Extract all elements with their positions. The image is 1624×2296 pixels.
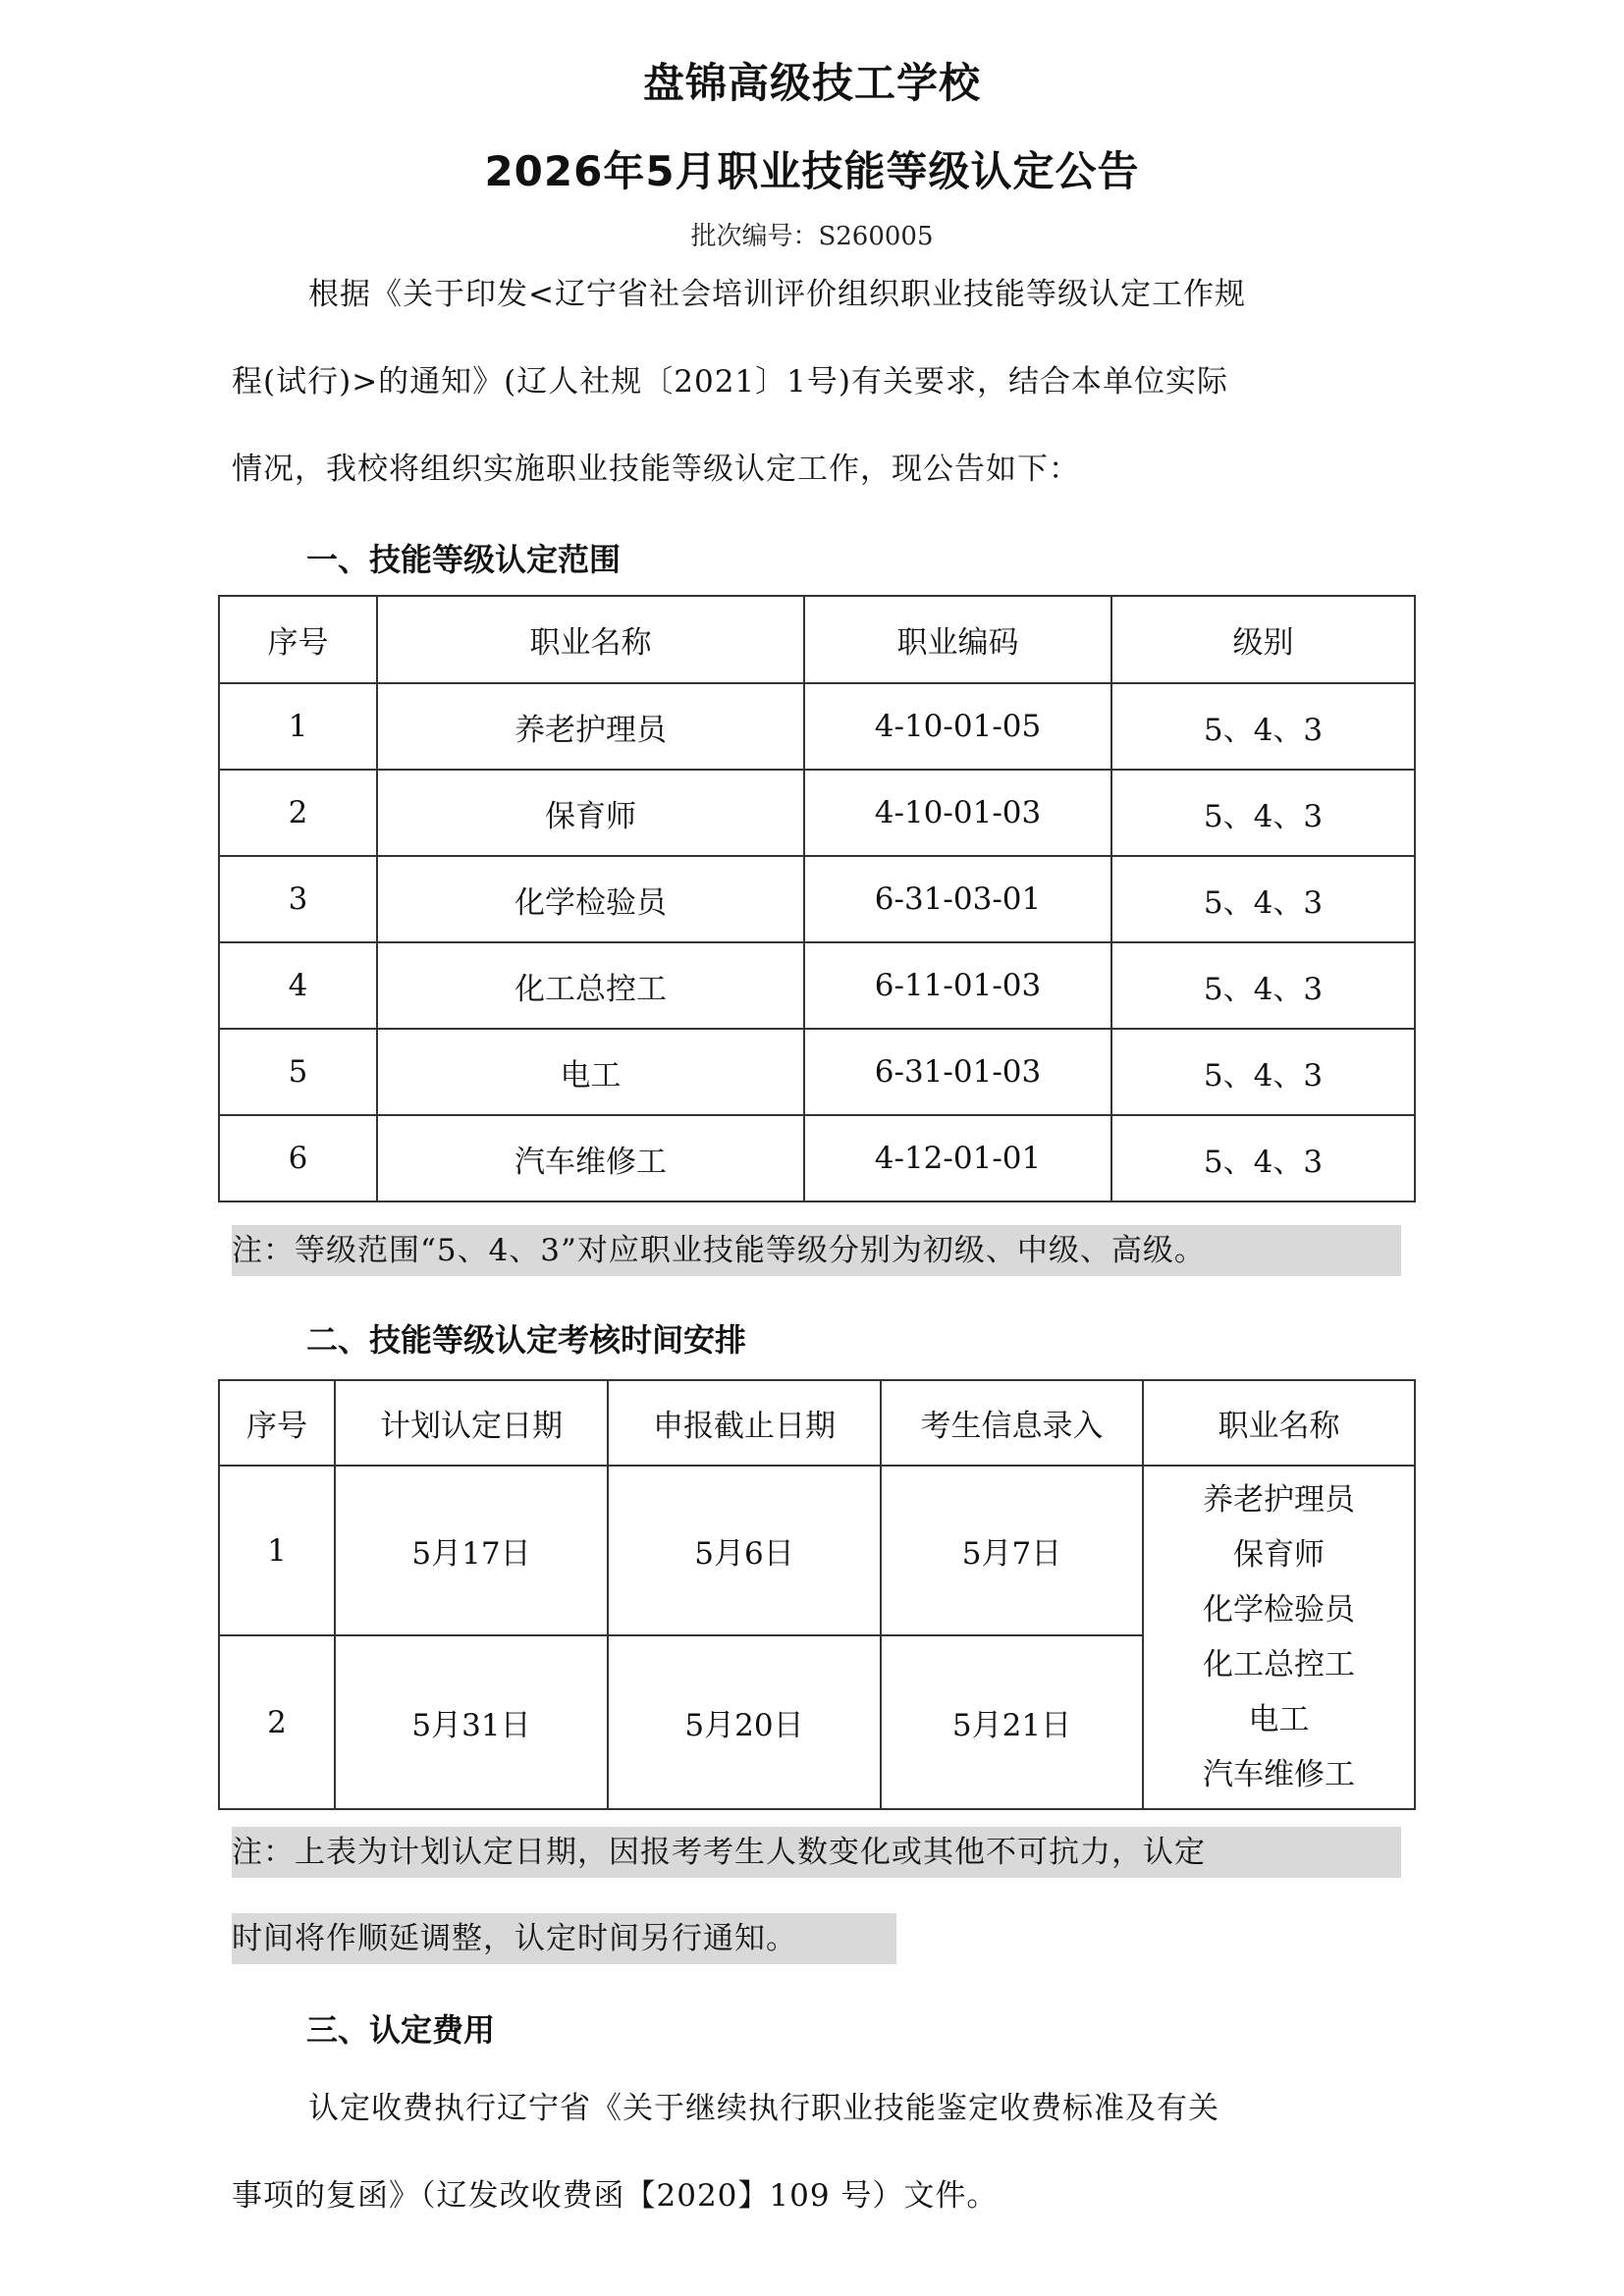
occupation-table: 序号 职业名称 职业编码 级别 1 养老护理员 4-10-01-05 5、4、3… <box>218 595 1416 1202</box>
cell-level: 5、4、3 <box>1111 856 1415 942</box>
cell-index: 4 <box>219 942 377 1029</box>
table-header-row: 序号 职业名称 职业编码 级别 <box>219 596 1415 683</box>
note-level-mapping: 注：等级范围“5、4、3”对应职业技能等级分别为初级、中级、高级。 <box>232 1225 1401 1276</box>
cell-level: 5、4、3 <box>1111 1115 1415 1201</box>
cell-index: 3 <box>219 856 377 942</box>
cell-deadline: 5月6日 <box>608 1466 881 1635</box>
cell-index: 5 <box>219 1029 377 1115</box>
cell-deadline: 5月20日 <box>608 1635 881 1809</box>
cell-occupation: 保育师 <box>377 770 804 856</box>
cell-index: 1 <box>219 1466 335 1635</box>
cell-index: 2 <box>219 770 377 856</box>
page-title: 2026年5月职业技能等级认定公告 <box>0 139 1624 198</box>
col-header-index: 序号 <box>219 596 377 683</box>
table-row: 3 化学检验员 6-31-03-01 5、4、3 <box>219 856 1415 942</box>
table-row: 6 汽车维修工 4-12-01-01 5、4、3 <box>219 1115 1415 1201</box>
table-row: 5 电工 6-31-01-03 5、4、3 <box>219 1029 1415 1115</box>
cell-index: 6 <box>219 1115 377 1201</box>
table-row: 2 保育师 4-10-01-03 5、4、3 <box>219 770 1415 856</box>
table-row: 1 5月17日 5月6日 5月7日 养老护理员 保育师 化学检验员 化工总控工 … <box>219 1466 1415 1635</box>
batch-number: 批次编号：S260005 <box>0 216 1624 252</box>
col-header-deadline: 申报截止日期 <box>608 1380 881 1466</box>
table-header-row: 序号 计划认定日期 申报截止日期 考生信息录入 职业名称 <box>219 1380 1415 1466</box>
col-header-index: 序号 <box>219 1380 335 1466</box>
schedule-table: 序号 计划认定日期 申报截止日期 考生信息录入 职业名称 1 5月17日 5月6… <box>218 1379 1416 1810</box>
occupation-name: 汽车维修工 <box>1144 1747 1414 1802</box>
cell-code: 6-31-03-01 <box>804 856 1111 942</box>
col-header-occupation: 职业名称 <box>377 596 804 683</box>
col-header-level: 级别 <box>1111 596 1415 683</box>
cell-occupation: 电工 <box>377 1029 804 1115</box>
intro-line-1: 根据《关于印发<辽宁省社会培训评价组织职业技能等级认定工作规 <box>308 251 1246 339</box>
section-heading-fees: 三、认定费用 <box>306 2005 495 2051</box>
cell-index: 1 <box>219 683 377 770</box>
cell-level: 5、4、3 <box>1111 1029 1415 1115</box>
cell-level: 5、4、3 <box>1111 770 1415 856</box>
cell-planned-date: 5月17日 <box>335 1466 608 1635</box>
col-header-planned-date: 计划认定日期 <box>335 1380 608 1466</box>
section-heading-schedule: 二、技能等级认定考核时间安排 <box>306 1315 746 1361</box>
note-schedule-line-2: 时间将作顺延调整，认定时间另行通知。 <box>232 1913 896 1964</box>
col-header-info-entry: 考生信息录入 <box>881 1380 1143 1466</box>
cell-occupation: 汽车维修工 <box>377 1115 804 1201</box>
cell-info-entry: 5月7日 <box>881 1466 1143 1635</box>
cell-code: 4-10-01-03 <box>804 770 1111 856</box>
cell-index: 2 <box>219 1635 335 1809</box>
cell-level: 5、4、3 <box>1111 683 1415 770</box>
occupation-name: 养老护理员 <box>1144 1472 1414 1527</box>
cell-occupation-list: 养老护理员 保育师 化学检验员 化工总控工 电工 汽车维修工 <box>1143 1466 1415 1809</box>
cell-code: 6-31-01-03 <box>804 1029 1111 1115</box>
occupation-name: 化学检验员 <box>1144 1582 1414 1637</box>
cell-code: 4-10-01-05 <box>804 683 1111 770</box>
cell-code: 4-12-01-01 <box>804 1115 1111 1201</box>
cell-planned-date: 5月31日 <box>335 1635 608 1809</box>
fees-line-2: 事项的复函》（辽发改收费函【2020】109 号）文件。 <box>232 2153 998 2240</box>
section-heading-scope: 一、技能等级认定范围 <box>306 535 621 580</box>
note-schedule-line-1: 注：上表为计划认定日期，因报考考生人数变化或其他不可抗力，认定 <box>232 1827 1401 1878</box>
cell-info-entry: 5月21日 <box>881 1635 1143 1809</box>
intro-line-2: 程(试行)>的通知》(辽人社规〔2021〕1号)有关要求，结合本单位实际 <box>232 339 1228 426</box>
occupation-name: 保育师 <box>1144 1527 1414 1582</box>
table-row: 1 养老护理员 4-10-01-05 5、4、3 <box>219 683 1415 770</box>
occupation-name: 化工总控工 <box>1144 1637 1414 1692</box>
cell-occupation: 化学检验员 <box>377 856 804 942</box>
occupation-name: 电工 <box>1144 1692 1414 1747</box>
school-name: 盘锦高级技工学校 <box>0 51 1624 110</box>
col-header-code: 职业编码 <box>804 596 1111 683</box>
cell-occupation: 化工总控工 <box>377 942 804 1029</box>
cell-occupation: 养老护理员 <box>377 683 804 770</box>
col-header-occupation: 职业名称 <box>1143 1380 1415 1466</box>
table-row: 4 化工总控工 6-11-01-03 5、4、3 <box>219 942 1415 1029</box>
fees-line-1: 认定收费执行辽宁省《关于继续执行职业技能鉴定收费标准及有关 <box>308 2065 1219 2153</box>
intro-line-3: 情况，我校将组织实施职业技能等级认定工作，现公告如下： <box>232 426 1080 513</box>
cell-code: 6-11-01-03 <box>804 942 1111 1029</box>
cell-level: 5、4、3 <box>1111 942 1415 1029</box>
